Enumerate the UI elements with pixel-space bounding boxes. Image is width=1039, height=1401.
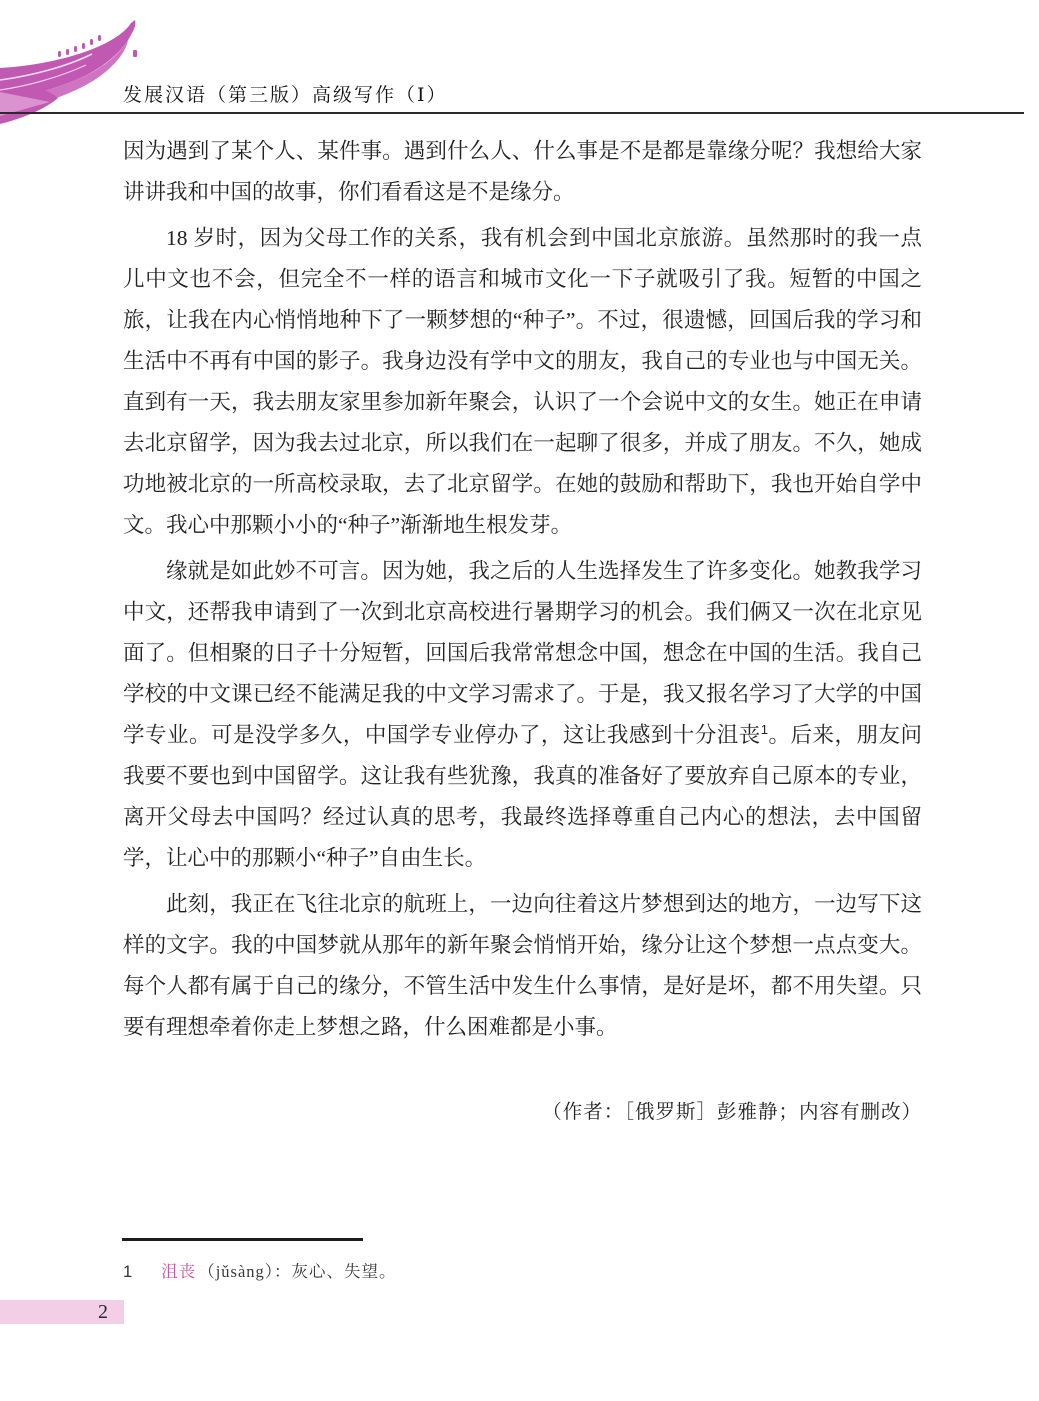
footnote-term: 沮丧 (161, 1262, 196, 1281)
paragraph-4: 此刻，我正在飞往北京的航班上，一边向往着这片梦想到达的地方，一边写下这样的文字。… (123, 884, 922, 1048)
footnote-definition: （jǔsàng）：灰心、失望。 (198, 1262, 396, 1281)
page-number-bar: 2 (0, 1300, 124, 1324)
paragraph-1: 因为遇到了某个人、某件事。遇到什么人、什么事是不是都是靠缘分呢？我想给大家讲讲我… (123, 131, 922, 213)
footnote-number: 1 (123, 1263, 133, 1281)
page-number: 2 (98, 1300, 108, 1324)
footnote-separator (122, 1238, 363, 1241)
footnote-reference: 1 (761, 722, 768, 737)
paragraph-3: 缘就是如此妙不可言。因为她，我之后的人生选择发生了许多变化。她教我学习中文，还帮… (123, 551, 922, 879)
book-title: 发展汉语（第三版）高级写作（Ⅰ） (123, 80, 448, 107)
paragraph-2: 18 岁时，因为父母工作的关系，我有机会到中国北京旅游。虽然那时的我一点儿中文也… (123, 218, 922, 546)
header-rule (0, 112, 1024, 114)
article-body: 因为遇到了某个人、某件事。遇到什么人、什么事是不是都是靠缘分呢？我想给大家讲讲我… (123, 131, 922, 1053)
chinese-roof-eave-icon (0, 18, 150, 124)
textbook-page: 发展汉语（第三版）高级写作（Ⅰ） 因为遇到了某个人、某件事。遇到什么人、什么事是… (0, 0, 1039, 1401)
footnote: 1沮丧（jǔsàng）：灰心、失望。 (123, 1258, 397, 1282)
author-attribution: （作者：［俄罗斯］彭雅静；内容有删改） (123, 1096, 922, 1124)
